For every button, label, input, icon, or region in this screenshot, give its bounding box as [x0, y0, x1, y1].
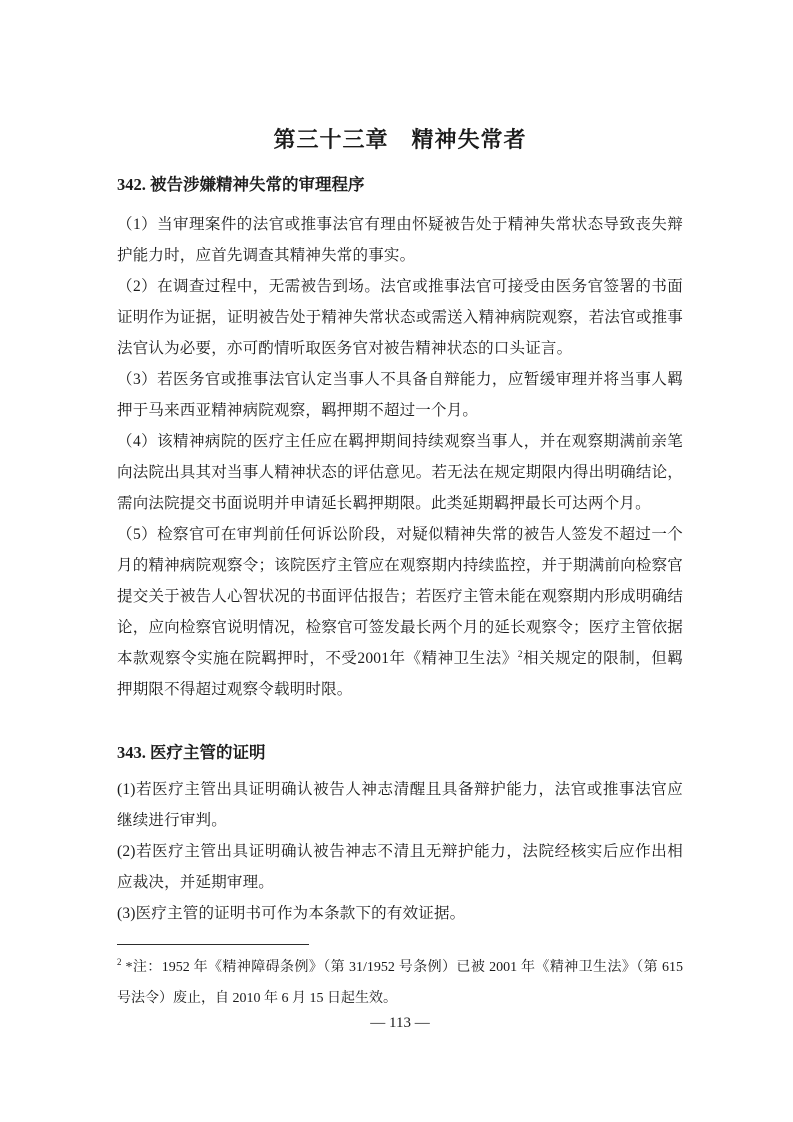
page-number: — 113 — [117, 1014, 683, 1032]
paragraph-343-3: (3)医疗主管的证明书可作为本条款下的有效证据。 [117, 898, 683, 929]
footnote: 2*注：1952 年《精神障碍条例》（第 31/1952 号条例）已被 2001… [117, 952, 683, 1014]
section-343-body: (1)若医疗主管出具证明确认被告人神志清醒且具备辩护能力，法官或推事法官应继续进… [117, 774, 683, 929]
paragraph-342-5-text: （5）检察官可在审判前任何诉讼阶段，对疑似精神失常的被告人签发不超过一个月的精神… [117, 526, 683, 667]
footnote-marker: 2 [117, 957, 122, 967]
footnote-separator [117, 944, 309, 945]
paragraph-342-4: （4）该精神病院的医疗主任应在羁押期间持续观察当事人，并在观察期满前亲笔向法院出… [117, 426, 683, 519]
paragraph-343-1: (1)若医疗主管出具证明确认被告人神志清醒且具备辩护能力，法官或推事法官应继续进… [117, 774, 683, 836]
paragraph-342-3: （3）若医务官或推事法官认定当事人不具备自辩能力，应暂缓审理并将当事人羁押于马来… [117, 364, 683, 426]
paragraph-342-2: （2）在调查过程中，无需被告到场。法官或推事法官可接受由医务官签署的书面证明作为… [117, 271, 683, 364]
paragraph-343-2: (2)若医疗主管出具证明确认被告神志不清且无辩护能力，法院经核实后应作出相应裁决… [117, 836, 683, 898]
paragraph-342-1: （1）当审理案件的法官或推事法官有理由怀疑被告处于精神失常状态导致丧失辩护能力时… [117, 209, 683, 271]
section-343-heading: 343. 医疗主管的证明 [117, 741, 683, 765]
section-342-body: （1）当审理案件的法官或推事法官有理由怀疑被告处于精神失常状态导致丧失辩护能力时… [117, 209, 683, 705]
footnote-text: *注：1952 年《精神障碍条例》（第 31/1952 号条例）已被 2001 … [117, 960, 683, 1006]
document-page: 第三十三章 精神失常者 342. 被告涉嫌精神失常的审理程序 （1）当审理案件的… [0, 0, 793, 1122]
page-content: 第三十三章 精神失常者 342. 被告涉嫌精神失常的审理程序 （1）当审理案件的… [117, 0, 683, 1032]
section-342-heading: 342. 被告涉嫌精神失常的审理程序 [117, 173, 683, 197]
paragraph-342-5: （5）检察官可在审判前任何诉讼阶段，对疑似精神失常的被告人签发不超过一个月的精神… [117, 519, 683, 705]
chapter-title: 第三十三章 精神失常者 [117, 124, 683, 156]
